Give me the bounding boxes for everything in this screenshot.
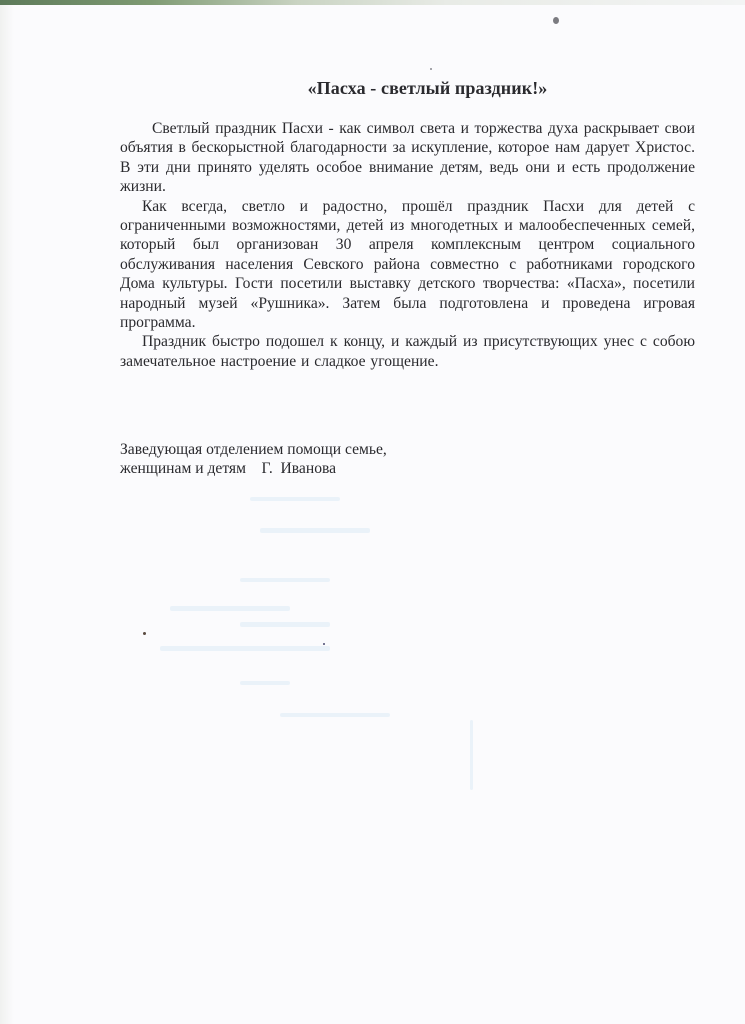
bleed-through-mark: [260, 528, 370, 533]
scan-speck: [323, 643, 325, 645]
paragraph-closing: Праздник быстро подошел к концу, и кажды…: [120, 332, 695, 371]
bleed-through-mark: [160, 646, 330, 651]
signature-position: Заведующая отделением помощи семье,: [120, 440, 387, 459]
signature-block: Заведующая отделением помощи семье, женщ…: [120, 440, 387, 479]
bleed-through-mark: [240, 681, 290, 685]
bleed-through-mark: [240, 578, 330, 582]
paragraph-intro: Светлый праздник Пасхи - как символ свет…: [120, 119, 695, 197]
bleed-through-mark: [280, 713, 390, 717]
bleed-through-mark: [470, 720, 473, 790]
bleed-through-mark: [250, 497, 340, 501]
paragraph-event: Как всегда, светло и радостно, прошёл пр…: [120, 197, 695, 333]
scan-speck: [553, 17, 559, 24]
scan-speck: [143, 632, 146, 635]
bleed-through-mark: [240, 622, 330, 627]
bleed-through-mark: [170, 606, 290, 611]
signature-name: женщинам и детям Г. Иванова: [120, 459, 387, 478]
scan-speck: [430, 68, 432, 70]
scan-edge-top: [0, 0, 745, 5]
scan-edge-left: [0, 5, 14, 1024]
document-body: «Пасха - светлый праздник!» Светлый праз…: [120, 78, 695, 371]
document-title: «Пасха - светлый праздник!»: [160, 78, 695, 99]
